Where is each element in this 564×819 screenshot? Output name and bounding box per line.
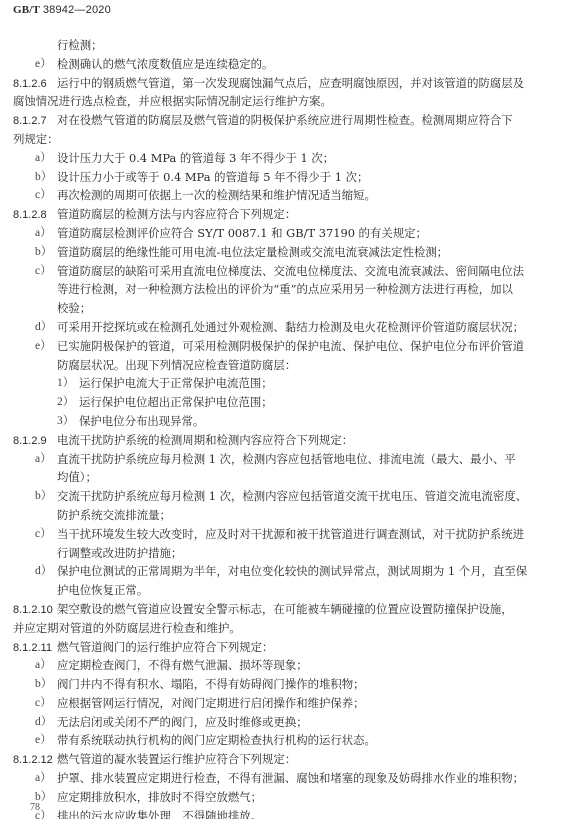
paragraph-text: 行调整或改进防护措施； [57, 546, 182, 560]
list-label: 3） [57, 412, 74, 431]
clause-text: 运行中的钢质燃气管道，第一次发现腐蚀漏气点后，应查明腐蚀原因，并对该管道的防腐层… [57, 76, 524, 90]
clause-text: 对在役燃气管道的防腐层及燃气管道的阴极保护系统应进行周期性检查。检测周期应符合下 [57, 113, 513, 127]
clause: 8.1.2.8管道防腐层的检测方法与内容应符合下列规定： [13, 205, 543, 224]
list-label: a） [35, 656, 52, 675]
clause-number: 8.1.2.9 [13, 432, 57, 451]
list-text: 运行保护电位超出正常保护电位范围； [79, 393, 273, 412]
clause: 8.1.2.10架空敷设的燃气管道应设置安全警示标志，在可能被车辆碰撞的位置应设… [13, 600, 543, 619]
list-label: b） [35, 675, 52, 694]
list-item: c）应根据管网运行情况，对阀门定期进行启闭操作和维护保养； [13, 694, 543, 713]
clause: 8.1.2.12燃气管道的凝水装置运行维护应符合下列规定： [13, 750, 543, 769]
clause-text: 电流干扰防护系统的检测周期和检测内容应符合下列规定： [57, 433, 353, 447]
list-label: b） [35, 487, 52, 506]
list-text: 带有系统联动执行机构的阀门应定期检查执行机构的运行状态。 [57, 731, 376, 750]
list-text: 设计压力小于或等于 0.4 MPa 的管道每 5 年不得少于 1 次； [57, 168, 368, 187]
list-item: e）检测确认的燃气浓度数值应是连续稳定的。 [13, 55, 543, 74]
list-item: a）应定期检查阀门，不得有燃气泄漏、损坏等现象； [13, 656, 543, 675]
clause-number: 8.1.2.7 [13, 112, 57, 131]
list-text: 无法启闭或关闭不严的阀门，应及时维修或更换； [57, 713, 308, 732]
list-label: d） [35, 713, 52, 732]
clause: 8.1.2.11燃气管道阀门的运行维护应符合下列规定： [13, 638, 543, 657]
list-text: 管道防腐层的缺陷可采用直流电位梯度法、交流电位梯度法、交流电流衰减法、密间隔电位… [57, 262, 524, 281]
list-label: b） [35, 168, 52, 187]
clause-text: 架空敷设的燃气管道应设置安全警示标志，在可能被车辆碰撞的位置应设置防撞保护设施， [57, 602, 513, 616]
list-text: 当干扰环境发生较大改变时，应及时对干扰源和被干扰管道进行调查测试，对干扰防护系统… [57, 525, 524, 544]
paragraph-text: 校验； [57, 301, 91, 315]
list-text: 管道防腐层检测评价应符合 SY/T 0087.1 和 GB/T 37190 的有… [57, 224, 427, 243]
paragraph-text: 腐蚀情况进行选点检查，并应根据实际情况制定运行维护方案。 [13, 94, 332, 108]
continuation-line: 行调整或改进防护措施； [13, 544, 543, 563]
sub-list-item: 3）保护电位分布出现异常。 [13, 412, 543, 431]
list-text: 排出的污水应收集处理，不得随地排放。 [57, 807, 262, 819]
list-label: a） [35, 450, 52, 469]
list-item: d）可采用开挖探坑或在检测孔处通过外观检测、黏结力检测及电火花检测评价管道防腐层… [13, 318, 543, 337]
clause-text: 燃气管道阀门的运行维护应符合下列规定： [57, 640, 273, 654]
sub-list-item: 2）运行保护电位超出正常保护电位范围； [13, 393, 543, 412]
paragraph-text: 行检测； [57, 38, 103, 52]
clause: 8.1.2.9电流干扰防护系统的检测周期和检测内容应符合下列规定： [13, 431, 543, 450]
standard-prefix: GB/T [13, 4, 40, 16]
list-label: a） [35, 149, 52, 168]
list-text: 护罩、排水装置应定期进行检查，不得有泄漏、腐蚀和堵塞的现象及妨碍排水作业的堆积物… [57, 769, 524, 788]
list-text: 管道防腐层的绝缘性能可用电流-电位法定量检测或交流电流衰减法定性检测； [57, 243, 448, 262]
paragraph-text: 防护系统交流排流量； [57, 508, 171, 522]
list-label: c） [35, 694, 52, 713]
list-item: c）排出的污水应收集处理，不得随地排放。 [13, 807, 543, 819]
list-text: 应根据管网运行情况，对阀门定期进行启闭操作和维护保养； [57, 694, 365, 713]
continuation-line: 防护系统交流排流量； [13, 506, 543, 525]
list-item: b）设计压力小于或等于 0.4 MPa 的管道每 5 年不得少于 1 次； [13, 168, 543, 187]
list-label: a） [35, 769, 52, 788]
paragraph-text: 防腐层状况。出现下列情况应检查管道防腐层： [57, 358, 296, 372]
list-text: 可采用开挖探坑或在检测孔处通过外观检测、黏结力检测及电火花检测评价管道防腐层状况… [57, 318, 524, 337]
list-label: c） [35, 262, 52, 281]
paragraph-text: 护电位恢复正常。 [57, 583, 148, 597]
list-text: 应定期检查阀门，不得有燃气泄漏、损坏等现象； [57, 656, 308, 675]
list-text: 保护电位分布出现异常。 [79, 412, 204, 431]
list-item: c）当干扰环境发生较大改变时，应及时对干扰源和被干扰管道进行调查测试，对干扰防护… [13, 525, 543, 544]
list-item: a）设计压力大于 0.4 MPa 的管道每 3 年不得少于 1 次； [13, 149, 543, 168]
continuation-line: 均值）； [13, 468, 543, 487]
continuation-line: 校验； [13, 299, 543, 318]
list-item: a）护罩、排水装置应定期进行检查，不得有泄漏、腐蚀和堵塞的现象及妨碍排水作业的堆… [13, 769, 543, 788]
list-item: c）再次检测的周期可依据上一次的检测结果和维护情况适当缩短。 [13, 186, 543, 205]
standard-number: 38942—2020 [43, 4, 111, 16]
paragraph-text: 并应定期对管道的外防腐层进行检查和维护。 [13, 621, 241, 635]
paragraph-text: 均值）； [57, 470, 97, 484]
list-label: e） [35, 55, 52, 74]
clause-number: 8.1.2.12 [13, 751, 57, 770]
list-text: 已实施阴极保护的管道，可采用检测阴极保护的保护电流、保护电位、保护电位分布评价管… [57, 337, 524, 356]
list-label: 2） [57, 393, 74, 412]
continuation-line: 列规定： [13, 130, 543, 149]
list-text: 运行保护电流大于正常保护电流范围； [79, 374, 273, 393]
list-text: 阀门井内不得有积水、塌陷，不得有妨碍阀门操作的堆积物； [57, 675, 365, 694]
continuation-line: 等进行检测，对一种检测方法检出的评价为“重”的点应采用另一种检测方法进行再检，加… [13, 280, 543, 299]
continuation-line: 行检测； [13, 36, 543, 55]
sub-list-item: 1）运行保护电流大于正常保护电流范围； [13, 374, 543, 393]
continuation-line: 腐蚀情况进行选点检查，并应根据实际情况制定运行维护方案。 [13, 92, 543, 111]
list-label: e） [35, 337, 52, 356]
clause-text: 燃气管道的凝水装置运行维护应符合下列规定： [57, 752, 296, 766]
list-item: b）管道防腐层的绝缘性能可用电流-电位法定量检测或交流电流衰减法定性检测； [13, 243, 543, 262]
list-text: 再次检测的周期可依据上一次的检测结果和维护情况适当缩短。 [57, 186, 376, 205]
paragraph-text: 列规定： [13, 132, 59, 146]
paragraph-text: 等进行检测，对一种检测方法检出的评价为“重”的点应采用另一种检测方法进行再检，加… [57, 282, 513, 296]
list-item: a）管道防腐层检测评价应符合 SY/T 0087.1 和 GB/T 37190 … [13, 224, 543, 243]
list-item: e）带有系统联动执行机构的阀门应定期检查执行机构的运行状态。 [13, 731, 543, 750]
list-label: c） [35, 525, 52, 544]
standard-header: GB/T 38942—2020 [13, 4, 111, 16]
list-item: b）交流干扰防护系统应每月检测 1 次，检测内容应包括管道交流干扰电压、管道交流… [13, 487, 543, 506]
list-text: 设计压力大于 0.4 MPa 的管道每 3 年不得少于 1 次； [57, 149, 334, 168]
list-text: 交流干扰防护系统应每月检测 1 次，检测内容应包括管道交流干扰电压、管道交流电流… [57, 487, 527, 506]
list-item: c）管道防腐层的缺陷可采用直流电位梯度法、交流电位梯度法、交流电流衰减法、密间隔… [13, 262, 543, 281]
list-label: d） [35, 562, 52, 581]
list-text: 检测确认的燃气浓度数值应是连续稳定的。 [57, 55, 273, 74]
list-text: 直流干扰防护系统应每月检测 1 次，检测内容应包括管地电位、排流电流（最大、最小… [57, 450, 516, 469]
document-body: 行检测；e）检测确认的燃气浓度数值应是连续稳定的。8.1.2.6运行中的钢质燃气… [13, 36, 543, 819]
list-label: 1） [57, 374, 74, 393]
list-item: b）应定期排放积水，排放时不得空放燃气； [13, 788, 543, 807]
list-item: a）直流干扰防护系统应每月检测 1 次，检测内容应包括管地电位、排流电流（最大、… [13, 450, 543, 469]
list-item: d）保护电位测试的正常周期为半年，对电位变化较快的测试异常点，测试周期为 1 个… [13, 562, 543, 581]
list-item: d）无法启闭或关闭不严的阀门，应及时维修或更换； [13, 713, 543, 732]
continuation-line: 并应定期对管道的外防腐层进行检查和维护。 [13, 619, 543, 638]
list-label: e） [35, 731, 52, 750]
list-label: c） [35, 186, 52, 205]
list-item: b）阀门井内不得有积水、塌陷，不得有妨碍阀门操作的堆积物； [13, 675, 543, 694]
list-label: b） [35, 243, 52, 262]
clause: 8.1.2.7对在役燃气管道的防腐层及燃气管道的阴极保护系统应进行周期性检查。检… [13, 111, 543, 130]
page-number: 78 [30, 802, 40, 813]
clause-number: 8.1.2.6 [13, 75, 57, 94]
list-text: 保护电位测试的正常周期为半年，对电位变化较快的测试异常点，测试周期为 1 个月，… [57, 562, 527, 581]
clause: 8.1.2.6运行中的钢质燃气管道，第一次发现腐蚀漏气点后，应查明腐蚀原因，并对… [13, 74, 543, 93]
clause-number: 8.1.2.11 [13, 639, 57, 658]
list-label: a） [35, 224, 52, 243]
list-item: e）已实施阴极保护的管道，可采用检测阴极保护的保护电流、保护电位、保护电位分布评… [13, 337, 543, 356]
clause-number: 8.1.2.8 [13, 206, 57, 225]
list-label: d） [35, 318, 52, 337]
continuation-line: 防腐层状况。出现下列情况应检查管道防腐层： [13, 356, 543, 375]
list-text: 应定期排放积水，排放时不得空放燃气； [57, 788, 262, 807]
continuation-line: 护电位恢复正常。 [13, 581, 543, 600]
clause-text: 管道防腐层的检测方法与内容应符合下列规定： [57, 207, 296, 221]
clause-number: 8.1.2.10 [13, 601, 57, 620]
